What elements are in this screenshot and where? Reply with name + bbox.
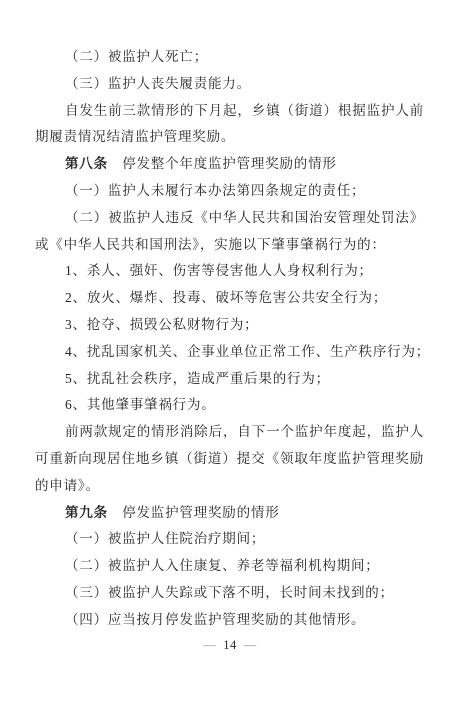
text-line: 2、放火、爆炸、投毒、破坏等危害公共安全行为； <box>35 285 424 312</box>
article-heading-label: 第八条 <box>65 156 108 171</box>
text-line: 自发生前三款情形的下月起，乡镇（街道）根据监护人前 <box>35 98 424 125</box>
text-line: （四）应当按月停发监护管理奖励的其他情形。 <box>35 607 424 634</box>
text-run: （二）被监护人死亡； <box>65 49 208 64</box>
text-line: （二）被监护人违反《中华人民共和国治安管理处罚法》 <box>35 205 424 232</box>
document-page: （二）被监护人死亡；（三）监护人丧失履责能力。自发生前三款情形的下月起，乡镇（街… <box>0 0 460 702</box>
text-line: 1、杀人、强奸、伤害等侵害他人人身权利行为； <box>35 258 424 285</box>
text-run: 6、其他肇事肇祸行为。 <box>65 397 216 412</box>
text-run: 自发生前三款情形的下月起，乡镇（街道）根据监护人前 <box>65 103 424 118</box>
text-line: 或《中华人民共和国刑法》，实施以下肇事肇祸行为的： <box>35 232 424 259</box>
text-line: 5、扰乱社会秩序，造成严重后果的行为； <box>35 366 424 393</box>
text-run: 4、扰乱国家机关、企事业单位正常工作、生产秩序行为； <box>65 344 430 359</box>
page-number-value: 14 <box>216 638 244 652</box>
text-run: （三）监护人丧失履责能力。 <box>65 76 251 91</box>
text-run: 可重新向现居住地乡镇（街道）提交《领取年度监护管理奖励 <box>35 451 424 466</box>
text-run: 停发整个年度监护管理奖励的情形 <box>108 156 337 171</box>
text-run: 5、扰乱社会秩序，造成严重后果的行为； <box>65 371 330 386</box>
text-line: （一）被监护人住院治疗期间； <box>35 526 424 553</box>
text-run: 3、抢夺、损毁公私财物行为； <box>65 317 258 332</box>
text-line: 的申请》。 <box>35 473 424 500</box>
page-number-dash-right: — <box>244 638 257 652</box>
text-run: 2、放火、爆炸、投毒、破坏等危害公共安全行为； <box>65 290 387 305</box>
text-line: （三）被监护人失踪或下落不明，长时间未找到的； <box>35 580 424 607</box>
text-line: （三）监护人丧失履责能力。 <box>35 71 424 98</box>
text-run: 期履责情况结清监护管理奖励。 <box>35 129 235 144</box>
text-run: （二）被监护人入住康复、养老等福利机构期间； <box>65 558 380 573</box>
text-line: （二）被监护人死亡； <box>35 44 424 71</box>
text-line: 第九条 停发监护管理奖励的情形 <box>35 500 424 527</box>
document-body: （二）被监护人死亡；（三）监护人丧失履责能力。自发生前三款情形的下月起，乡镇（街… <box>35 44 424 634</box>
text-run: （二）被监护人违反《中华人民共和国治安管理处罚法》 <box>65 210 424 225</box>
text-run: （四）应当按月停发监护管理奖励的其他情形。 <box>65 612 365 627</box>
text-run: 或《中华人民共和国刑法》，实施以下肇事肇祸行为的： <box>35 237 386 252</box>
text-line: （二）被监护人入住康复、养老等福利机构期间； <box>35 553 424 580</box>
page-number-dash-left: — <box>203 638 216 652</box>
text-run: （三）被监护人失踪或下落不明，长时间未找到的； <box>65 585 394 600</box>
text-run: 1、杀人、强奸、伤害等侵害他人人身权利行为； <box>65 263 373 278</box>
text-line: 第八条 停发整个年度监护管理奖励的情形 <box>35 151 424 178</box>
text-run: （一）被监护人住院治疗期间； <box>65 531 265 546</box>
text-run: （一）监护人未履行本办法第四条规定的责任； <box>65 183 365 198</box>
text-run: 前两款规定的情形消除后，自下一个监护年度起，监护人 <box>65 424 424 439</box>
page-number: —14— <box>0 636 460 654</box>
text-line: 可重新向现居住地乡镇（街道）提交《领取年度监护管理奖励 <box>35 446 424 473</box>
text-line: 3、抢夺、损毁公私财物行为； <box>35 312 424 339</box>
text-line: 6、其他肇事肇祸行为。 <box>35 392 424 419</box>
text-line: 前两款规定的情形消除后，自下一个监护年度起，监护人 <box>35 419 424 446</box>
text-run: 停发监护管理奖励的情形 <box>108 505 280 520</box>
text-line: 4、扰乱国家机关、企事业单位正常工作、生产秩序行为； <box>35 339 424 366</box>
text-line: 期履责情况结清监护管理奖励。 <box>35 124 424 151</box>
text-run: 的申请》。 <box>35 478 100 493</box>
article-heading-label: 第九条 <box>65 505 108 520</box>
text-line: （一）监护人未履行本办法第四条规定的责任； <box>35 178 424 205</box>
